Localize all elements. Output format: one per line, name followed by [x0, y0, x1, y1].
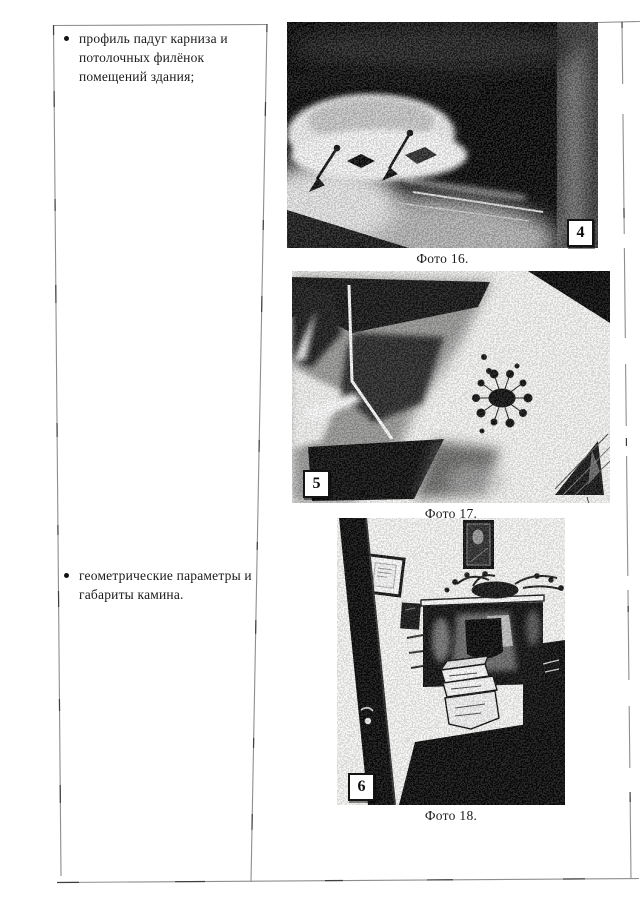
- photo-number-badge: 4: [567, 219, 594, 247]
- photo-caption: Фото 18.: [337, 808, 565, 824]
- photo-ceiling-rosette: 4: [287, 22, 598, 248]
- photo-room-corner-art: [292, 271, 610, 503]
- figure-photo-16: 4 Фото 16.: [287, 22, 598, 267]
- bullet-item-cornice: профиль падуг карниза и потолочных филён…: [64, 29, 244, 86]
- photo-number-badge: 5: [303, 470, 330, 498]
- bullet-text: профиль падуг карниза и потолочных филён…: [79, 29, 244, 86]
- figure-photo-17: 5 Фото 17.: [292, 271, 610, 522]
- bullet-text: геометрические параметры и габариты ками…: [79, 566, 252, 604]
- photo-number-badge: 6: [348, 773, 375, 801]
- bullet-item-fireplace: геометрические параметры и габариты ками…: [64, 566, 252, 604]
- bullet-marker: [64, 36, 69, 41]
- figure-photo-18: 6 Фото 18.: [337, 518, 565, 824]
- photo-fireplace-room: 6: [337, 518, 565, 805]
- photo-room-corner: 5: [292, 271, 610, 503]
- photo-fireplace-room-art: [337, 518, 565, 805]
- photo-ceiling-rosette-art: [287, 22, 598, 248]
- photo-caption: Фото 16.: [287, 251, 598, 267]
- bullet-marker: [64, 573, 69, 578]
- document-page: профиль падуг карниза и потолочных филён…: [0, 0, 640, 905]
